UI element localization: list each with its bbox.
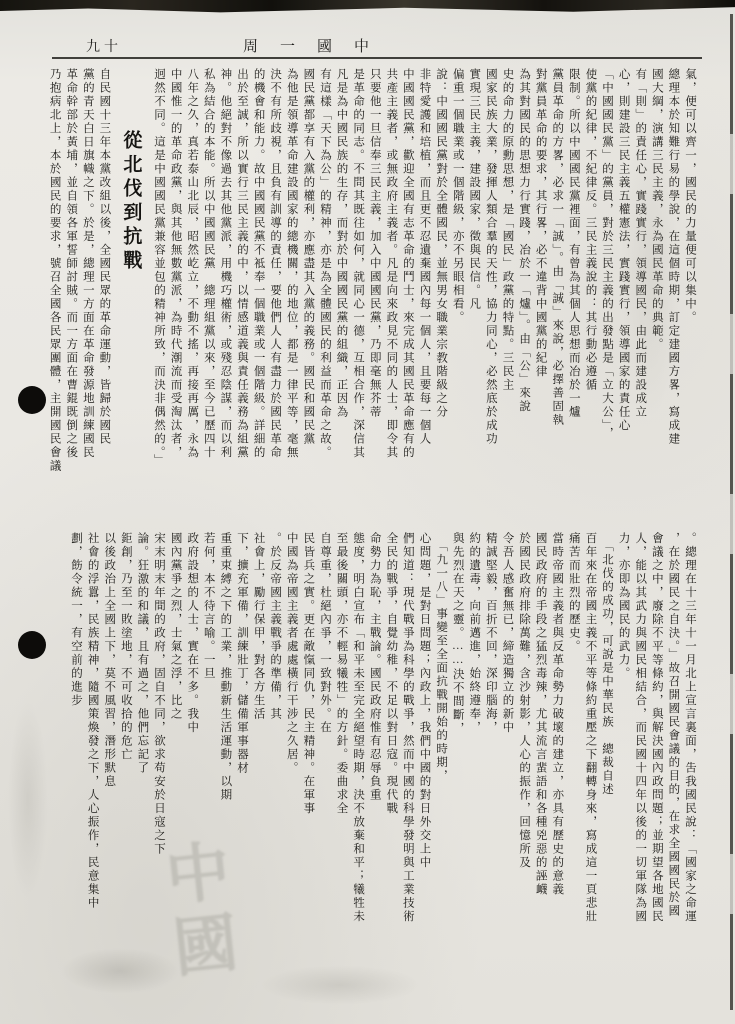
text-column: 為他是領導革命建設國家的總機關，的地位，都是一律平等，毫無 <box>283 68 300 522</box>
text-column: 中國國民黨，歡迎全國有志革命的鬥士，來完成其國民革命應有的 <box>399 68 416 522</box>
text-column: 非特愛護和培植，而且更不忍遺棄國內每一個人，且要每一個人 <box>416 68 433 522</box>
text-column: 國民黨都享有入黨的權利，亦應盡其入黨的義務。國民和國民黨 <box>300 68 317 522</box>
text-column: 乃抱病北上，本於國民的要求，號召全國各民眾團體，主開國民會議 <box>50 68 63 522</box>
text-column: 「中國國民黨」的黨員，對於三民主義的出發點是「立大公」， <box>598 68 615 522</box>
text-column: 約的遺毒，向前邁進，始終遵奉， <box>466 532 483 990</box>
text-column: 私為結合的本能。所以中國國民黨 總理組黨以來，至今已歷四十 <box>200 68 217 522</box>
text-column: 於國民政府排除萬難，含沙射影，人心的振作，回憶所及 <box>515 532 532 990</box>
text-column: 只要他一旦信奉三民主義，加入中國國民黨，乃即毫無芥蒂 <box>366 68 383 522</box>
text-column: 為其對國民的思想力行實踐，冶於一「爐」。由「公」來說 <box>515 68 532 522</box>
text-column: 社會上，勵行保甲，對各方生活 <box>250 532 267 990</box>
text-column: 民皆兵之實。更在敵愾同仇，民主精神。在軍事 <box>300 532 317 990</box>
text-column: 凡是為中國民族的生存，而對於中國國民黨的組織，正因為 <box>333 68 350 522</box>
text-column: ，在於國民之自決。」故召開國民會議的目的，在求全國國民於國 <box>665 532 682 990</box>
text-column: 對黨員革命的要求，其行畧，必不違背中國黨的紀律 <box>532 68 549 522</box>
text-column: 人，能以其武力與國民相結合，而民國十四年以後的一切軍隊為國 <box>632 532 649 990</box>
text-column: 八年之久，真若泰山北辰，昭然屹立，不動不搖，再接再厲，永為 <box>184 68 201 522</box>
text-column: 心，則建設三民主義五權憲法，實踐實行，領導國家的責任心 <box>615 68 632 522</box>
page-number: 九十 <box>86 36 122 56</box>
text-column: 神。他絕對不像過去其他黨派，用機巧權術，或殘忍陰謀，而以利 <box>217 68 234 522</box>
text-column: 出於至誠，所以實行三民主義的中，以情感道義與責任義務為組黨 <box>233 68 250 522</box>
scan-edge-artifact-top <box>0 0 735 13</box>
text-column: 「九一八」事變至全面抗戰開始的時期， <box>433 532 450 990</box>
text-column: 以後政治上全國上下，莫不風習，潛形默息 <box>101 532 118 990</box>
upper-text-block: 氣，便可以齊一，國民的力量便可以集中。總理本於知難行易的學說，在這個時期，訂定建… <box>50 68 698 522</box>
text-column: 精誠堅毅，百折不回，深印腦海， <box>482 532 499 990</box>
text-column: 。於反帝國主義戰爭的準備，其 <box>267 532 284 990</box>
text-column: 重重束縛之下的工業，推動新生活運動，以期 <box>217 532 234 990</box>
text-column: 有這樣「天下為公」的精神，亦是為全體國民的利益而革命之故。 <box>316 68 333 522</box>
text-column: 中國惟一的革命政黨，與其他無數黨派，為時代潮流而受淘汰者， <box>167 68 184 522</box>
text-column: 史的命力的原勳思想，是「國民」政黨的特點。三民主 <box>499 68 516 522</box>
text-column: 國大綱，演講三民主義，永為國民革命的典範。 <box>648 68 665 522</box>
text-column: 與先烈在天之靈。……決不間斷， <box>449 532 466 990</box>
text-column: 說：中國國民黨對於全體國民，並無男女職業宗教階級之分 <box>433 68 450 522</box>
text-column: 痛苦而壯烈的歷史。 <box>565 532 582 990</box>
text-column: 們知道：現代戰爭為科學的戰爭，然而中國的科學發明與工業技術 <box>399 532 416 990</box>
text-column: 態度，明白宣布「和平未至完全絕望時期，決不放棄和平；犧牲未 <box>350 532 367 990</box>
text-column: 國內黨爭之烈，士氣之浮，比之 <box>167 532 184 990</box>
text-column: 自尊重，杜絕內爭，一致對外。在 <box>316 532 333 990</box>
text-column: 劃，飭令統一，有空前的進步 <box>67 532 84 990</box>
text-column: 下，擴充軍備，訓練壯丁，儲備軍事器材 <box>233 532 250 990</box>
section-title: 從北伐到抗戰 <box>115 68 145 522</box>
text-column: 偏重一個職業或一個階級，亦不另眼相看。 <box>449 68 466 522</box>
text-column: 論。狂激的和議，且有過之，他們忘記了 <box>134 532 151 990</box>
text-column: 自民國十三年本黨改組以後，全國民眾的革命運動，皆歸於國民 <box>96 68 113 522</box>
text-column: 氣，便可以齊一，國民的力量便可以集中。 <box>681 68 698 522</box>
text-column: 宋末明末年間的政府，固自不同，欲求苟安於日寇之下 <box>150 532 167 990</box>
text-column: 革命幹部於黃埔，並自領各軍誓師討賊。而一方面在曹錕既倒之後 <box>63 68 80 522</box>
text-column: 百年來在帝國主義不平等條約重壓之下翻轉身來，寫成這一頁悲壯 <box>582 532 599 990</box>
header-rule <box>52 57 702 59</box>
scan-edge-artifact-right <box>730 14 733 1010</box>
text-column: 全民的戰爭，自覺幼稚，不足以對日寇。現代戰 <box>383 532 400 990</box>
paper-smudge <box>8 700 48 900</box>
magazine-masthead: 周一國中 <box>243 35 391 56</box>
text-column: 共產主義者，或無政府主義者。凡是向來政見不同的人士，即令其 <box>383 68 400 522</box>
text-column: 政府設想的人士，實在不多。我中 <box>184 532 201 990</box>
text-column: 會議之中，廢除不平等條約，與解決國內政問題；並期望各地國民 <box>648 532 665 990</box>
text-column: 當時帝國主義者與反革命勢力破壞的建立，亦具有歷史的意義 <box>549 532 566 990</box>
text-column: 國家民族大業，發揮人類合羣的天性，協力同心，必然底於成功 <box>482 68 499 522</box>
text-column: 的機會和能力。故中國國民黨不袛奉一個職業或一個階級。詳細的 <box>250 68 267 522</box>
text-column: 決不有所歧視，且負有訓導的責任，要他們人人有盡力於國民革命 <box>267 68 284 522</box>
text-column: 心問題，是對日問題；內政上，我們中國的對日外交上中 <box>416 532 433 990</box>
text-column: 實現三民主義，建設國家，徵與民信。凡 <box>466 68 483 522</box>
text-column: 至最後關頭，亦不輕易犧牲」的方針。委曲求全 <box>333 532 350 990</box>
text-column: 是革命的同志。不問其既往如何，就同心一德，互相合作，深信其 <box>350 68 367 522</box>
scanned-magazine-page: 九十 周一國中 氣，便可以齊一，國民的力量便可以集中。總理本於知難行易的學說，在… <box>0 0 735 1024</box>
text-column: 。總理在十三年十一月北上宣言裏面，吿我國民說：「國家之命運 <box>681 532 698 990</box>
text-column: 鉅創，乃至一敗塗地，不可收拾的危亡 <box>117 532 134 990</box>
text-column: 國民政府的手段之猛烈毒辣，尤其流言蜚語和各種兇惡的誣衊 <box>532 532 549 990</box>
text-column: 有「則」的責任心，實踐實行，領導國民，由此而建設成立 <box>632 68 649 522</box>
text-column: 社會的浮囂，民族精神，隨國策煥發之下，人心振作，民意集中 <box>84 532 101 990</box>
text-column: 黨員革命的方畧，必求一「誠」。由「誠」來說，必擇善固執 <box>549 68 566 522</box>
registration-dot <box>18 631 46 659</box>
text-column: 令吾人感奮無已，締造獨立的新中 <box>499 532 516 990</box>
text-column: 力，亦即為國民的武力。 <box>615 532 632 990</box>
page-header: 九十 周一國中 <box>0 30 735 56</box>
text-column: 中國為帝國主義者處處橫行干涉之久居。 <box>283 532 300 990</box>
text-column: 黨的青天白日旗幟之下。於是，總理一方面在革命發源地訓練國民 <box>79 68 96 522</box>
text-column: 「北伐的成功，可說是中華民族 總裁自述 <box>598 532 615 990</box>
text-column: 限制。所以中國國民黨裡面，有曾為其個人思想而冶於一爐 <box>565 68 582 522</box>
lower-text-block: 。總理在十三年十一月北上宣言裏面，吿我國民說：「國家之命運，在於國民之自決。」故… <box>50 532 698 990</box>
text-column: 總理本於知難行易的學說，在這個時期，訂定建國方畧，寫成建 <box>665 68 682 522</box>
text-column: 若何，本不待言喻。一旦 <box>200 532 217 990</box>
registration-dot <box>18 386 46 414</box>
text-column: 迥然不同。這是中國國民黨兼容並包的精神所致，而決非偶然的。」 <box>150 68 167 522</box>
text-column: 使黨的紀律，不紀律反。三民主義說的：其行動必遵循 <box>582 68 599 522</box>
text-column: 命勢力為恥，主戰論。國民政府惟有忍辱負重 <box>366 532 383 990</box>
